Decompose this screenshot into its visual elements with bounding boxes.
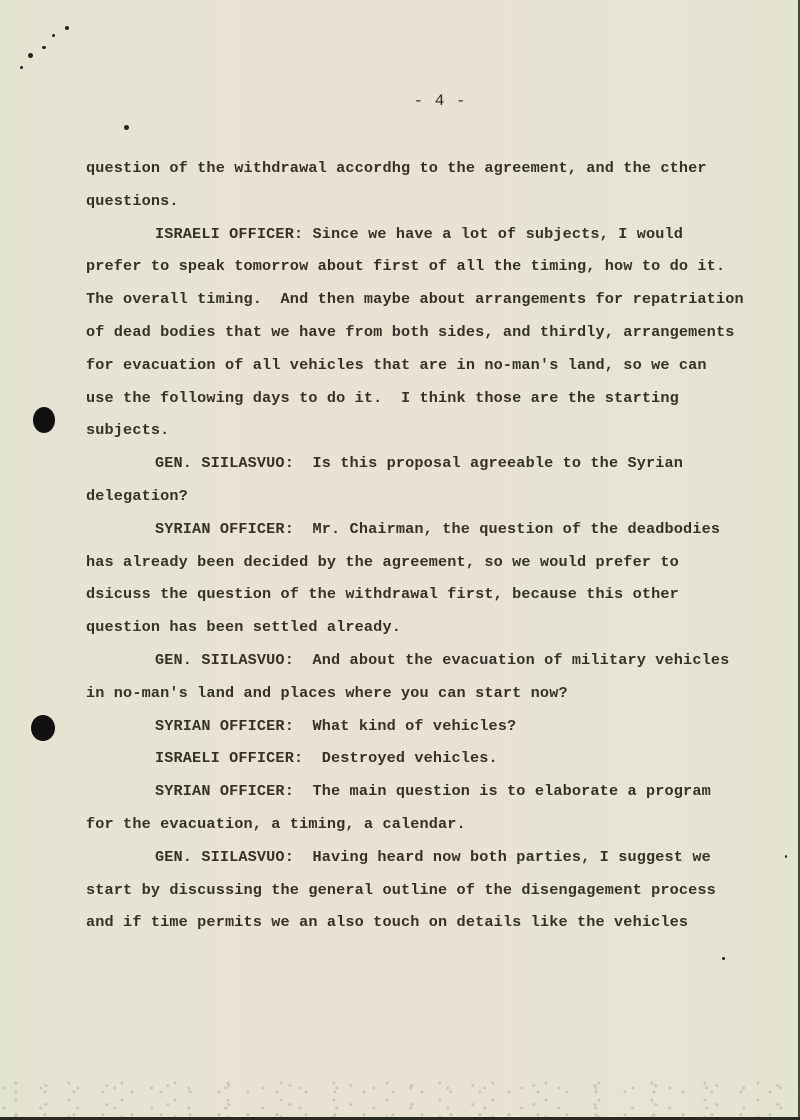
- transcript-line-speaker: SYRIAN OFFICER: Mr. Chairman, the questi…: [86, 513, 786, 546]
- speaker-label: SYRIAN OFFICER:: [155, 717, 294, 735]
- page-number: - 4 -: [0, 92, 800, 110]
- transcript-line: delegation?: [86, 480, 786, 513]
- line-text: The main question is to elaborate a prog…: [294, 782, 711, 800]
- speck-mark: [42, 46, 46, 49]
- line-text: for evacuation of all vehicles that are …: [86, 356, 707, 374]
- speaker-label: GEN. SIILASVUO:: [155, 651, 294, 669]
- speck-mark: [124, 125, 129, 130]
- line-text: start by discussing the general outline …: [86, 881, 716, 899]
- transcript-line: The overall timing. And then maybe about…: [86, 283, 786, 316]
- line-text: The overall timing. And then maybe about…: [86, 290, 744, 308]
- transcript-line-speaker: SYRIAN OFFICER: What kind of vehicles?: [86, 710, 786, 743]
- speaker-label: ISRAELI OFFICER:: [155, 749, 303, 767]
- transcript-body: question of the withdrawal accordhg to t…: [86, 152, 786, 939]
- speck-mark: [722, 957, 725, 960]
- transcript-line: subjects.: [86, 414, 786, 447]
- speaker-label: SYRIAN OFFICER:: [155, 520, 294, 538]
- speaker-label: GEN. SIILASVUO:: [155, 848, 294, 866]
- transcript-line: question of the withdrawal accordhg to t…: [86, 152, 786, 185]
- transcript-line: in no-man's land and places where you ca…: [86, 677, 786, 710]
- speck-mark: [28, 53, 33, 58]
- transcript-line-speaker: GEN. SIILASVUO: And about the evacuation…: [86, 644, 786, 677]
- line-text: Since we have a lot of subjects, I would: [303, 225, 683, 243]
- line-text: Is this proposal agreeable to the Syrian: [294, 454, 683, 472]
- line-text: Destroyed vehicles.: [303, 749, 498, 767]
- transcript-line-speaker: ISRAELI OFFICER: Destroyed vehicles.: [86, 742, 786, 775]
- line-text: What kind of vehicles?: [294, 717, 516, 735]
- scan-noise-bottom: [0, 1078, 800, 1118]
- transcript-line-speaker: GEN. SIILASVUO: Is this proposal agreeab…: [86, 447, 786, 480]
- line-text: Mr. Chairman, the question of the deadbo…: [294, 520, 720, 538]
- line-text: question of the withdrawal accordhg to t…: [86, 159, 707, 177]
- line-text: questions.: [86, 192, 179, 210]
- line-text: Having heard now both parties, I suggest…: [294, 848, 711, 866]
- line-text: has already been decided by the agreemen…: [86, 553, 679, 571]
- transcript-line-speaker: SYRIAN OFFICER: The main question is to …: [86, 775, 786, 808]
- transcript-line: has already been decided by the agreemen…: [86, 546, 786, 579]
- transcript-line-speaker: ISRAELI OFFICER: Since we have a lot of …: [86, 218, 786, 251]
- transcript-line: dsicuss the question of the withdrawal f…: [86, 578, 786, 611]
- speaker-label: GEN. SIILASVUO:: [155, 454, 294, 472]
- scanned-document-page: - 4 - question of the withdrawal accordh…: [0, 0, 800, 1120]
- transcript-line: prefer to speak tomorrow about first of …: [86, 250, 786, 283]
- speaker-label: ISRAELI OFFICER:: [155, 225, 303, 243]
- line-text: delegation?: [86, 487, 188, 505]
- transcript-line: for evacuation of all vehicles that are …: [86, 349, 786, 382]
- line-text: And about the evacuation of military veh…: [294, 651, 729, 669]
- line-text: use the following days to do it. I think…: [86, 389, 679, 407]
- transcript-line: and if time permits we an also touch on …: [86, 906, 786, 939]
- speaker-label: SYRIAN OFFICER:: [155, 782, 294, 800]
- line-text: for the evacuation, a timing, a calendar…: [86, 815, 466, 833]
- line-text: dsicuss the question of the withdrawal f…: [86, 585, 679, 603]
- punch-hole-upper: [33, 407, 55, 433]
- transcript-line: questions.: [86, 185, 786, 218]
- transcript-line: start by discussing the general outline …: [86, 874, 786, 907]
- speck-mark: [65, 26, 69, 30]
- line-text: subjects.: [86, 421, 169, 439]
- punch-hole-lower: [31, 715, 55, 741]
- line-text: and if time permits we an also touch on …: [86, 913, 688, 931]
- transcript-line: for the evacuation, a timing, a calendar…: [86, 808, 786, 841]
- speck-mark: [52, 34, 55, 37]
- line-text: in no-man's land and places where you ca…: [86, 684, 568, 702]
- speck-mark: [20, 66, 23, 69]
- transcript-line: use the following days to do it. I think…: [86, 382, 786, 415]
- line-text: question has been settled already.: [86, 618, 401, 636]
- transcript-line: of dead bodies that we have from both si…: [86, 316, 786, 349]
- transcript-line-speaker: GEN. SIILASVUO: Having heard now both pa…: [86, 841, 786, 874]
- line-text: of dead bodies that we have from both si…: [86, 323, 734, 341]
- transcript-line: question has been settled already.: [86, 611, 786, 644]
- line-text: prefer to speak tomorrow about first of …: [86, 257, 725, 275]
